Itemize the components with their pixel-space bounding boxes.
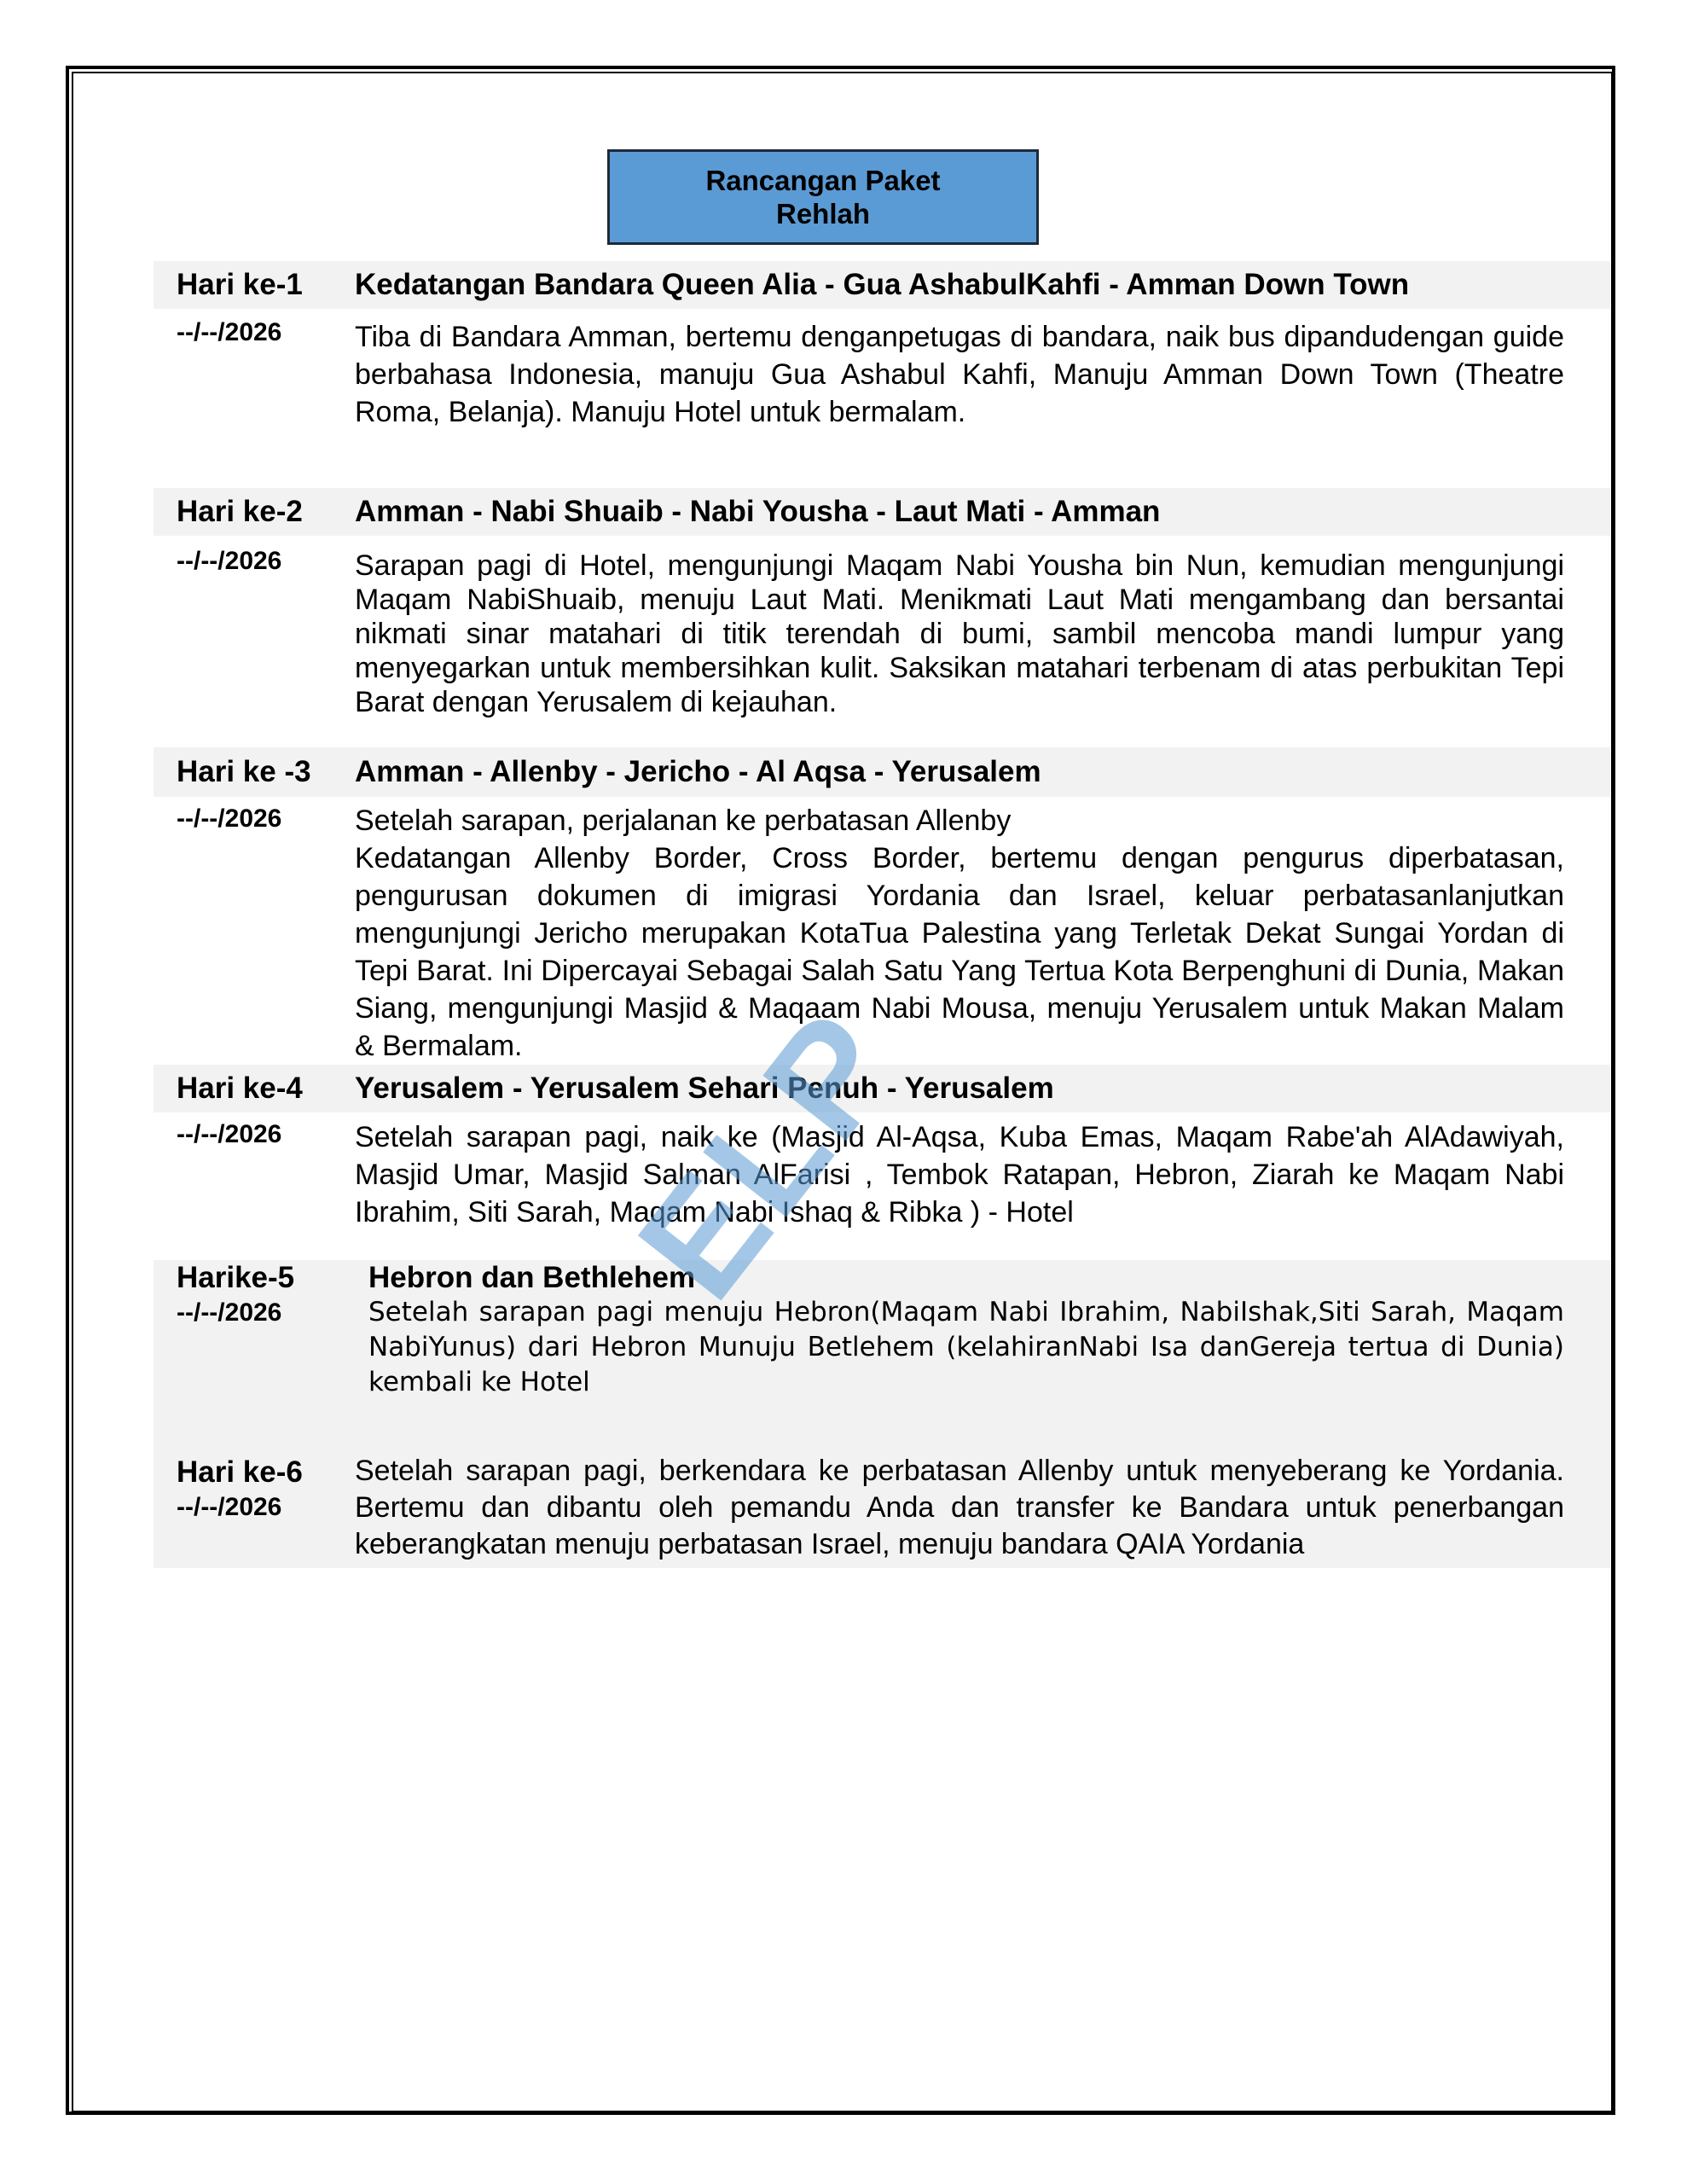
day-5-date: --/--/2026 [177, 1298, 281, 1327]
day-6-label: Hari ke-6 [177, 1455, 303, 1490]
day-1-date: --/--/2026 [177, 318, 281, 347]
day-6-date: --/--/2026 [177, 1493, 281, 1522]
day-4-description: Setelah sarapan pagi, naik ke (Masjid Al… [355, 1118, 1564, 1231]
day-3-label: Hari ke -3 [177, 755, 311, 789]
day-1-description: Tiba di Bandara Amman, bertemu denganpet… [355, 318, 1564, 431]
day-6-description: Setelah sarapan pagi, berkendara ke perb… [355, 1453, 1564, 1563]
day-5-label: Harike-5 [177, 1261, 294, 1295]
page-title-box: Rancangan Paket Rehlah [607, 149, 1039, 245]
day-2-date: --/--/2026 [177, 547, 281, 576]
page-title-line-2: Rehlah [776, 197, 870, 230]
day-2-paragraph: Sarapan pagi di Hotel, mengunjungi Maqam… [355, 549, 1564, 719]
day-4-label: Hari ke-4 [177, 1072, 303, 1106]
day-5-paragraph: Setelah sarapan pagi menuju Hebron(Maqam… [368, 1295, 1564, 1400]
day-6-paragraph: Setelah sarapan pagi, berkendara ke perb… [355, 1453, 1564, 1563]
day-1-paragraph: Tiba di Bandara Amman, bertemu denganpet… [355, 318, 1564, 431]
day-3-date: --/--/2026 [177, 804, 281, 834]
day-3-description: Setelah sarapan, perjalanan ke perbatasa… [355, 802, 1564, 1065]
day-4-paragraph: Setelah sarapan pagi, naik ke (Masjid Al… [355, 1118, 1564, 1231]
day-3-paragraph-2: Kedatangan Allenby Border, Cross Border,… [355, 839, 1564, 1065]
day-5-title: Hebron dan Bethlehem [368, 1261, 695, 1295]
day-3-paragraph-1: Setelah sarapan, perjalanan ke perbatasa… [355, 802, 1564, 839]
day-4-date: --/--/2026 [177, 1120, 281, 1149]
day-1-label: Hari ke-1 [177, 268, 303, 302]
day-2-description: Sarapan pagi di Hotel, mengunjungi Maqam… [355, 549, 1564, 719]
page-title-line-1: Rancangan Paket [705, 164, 940, 197]
day-4-title: Yerusalem - Yerusalem Sehari Penuh - Yer… [355, 1072, 1054, 1106]
day-2-label: Hari ke-2 [177, 495, 303, 529]
day-1-title: Kedatangan Bandara Queen Alia - Gua Asha… [355, 268, 1409, 302]
day-3-title: Amman - Allenby - Jericho - Al Aqsa - Ye… [355, 755, 1041, 789]
day-5-description: Setelah sarapan pagi menuju Hebron(Maqam… [368, 1295, 1564, 1400]
day-2-title: Amman - Nabi Shuaib - Nabi Yousha - Laut… [355, 495, 1160, 529]
